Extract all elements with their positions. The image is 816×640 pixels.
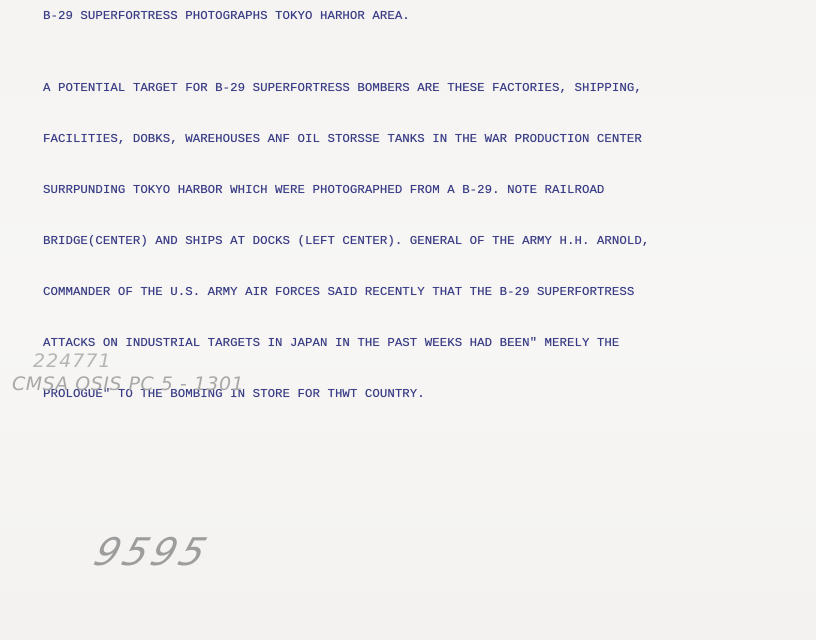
caption-line: ATTACKS ON INDUSTRIAL TARGETS IN JAPAN I… (43, 335, 649, 352)
caption-line: COMMANDER OF THE U.S. ARMY AIR FORCES SA… (43, 284, 649, 301)
photo-back-paper: B-29 SUPERFORTRESS PHOTOGRAPHS TOKYO HAR… (0, 0, 816, 640)
caption-line: A POTENTIAL TARGET FOR B-29 SUPERFORTRES… (43, 80, 649, 97)
caption-line: BRIDGE(CENTER) AND SHIPS AT DOCKS (LEFT … (43, 233, 649, 250)
caption-line: FACILITIES, DOBKS, WAREHOUSES ANF OIL ST… (43, 131, 649, 148)
handwritten-pencil-number: 9595 (89, 530, 216, 574)
caption-headline: B-29 SUPERFORTRESS PHOTOGRAPHS TOKYO HAR… (43, 9, 410, 23)
handwritten-catalog-number: 224771 (33, 350, 112, 372)
handwritten-catalog-code: CMSA OSIS PC 5 - 1301 (12, 373, 244, 395)
caption-line: SURRPUNDING TOKYO HARBOR WHICH WERE PHOT… (43, 182, 649, 199)
